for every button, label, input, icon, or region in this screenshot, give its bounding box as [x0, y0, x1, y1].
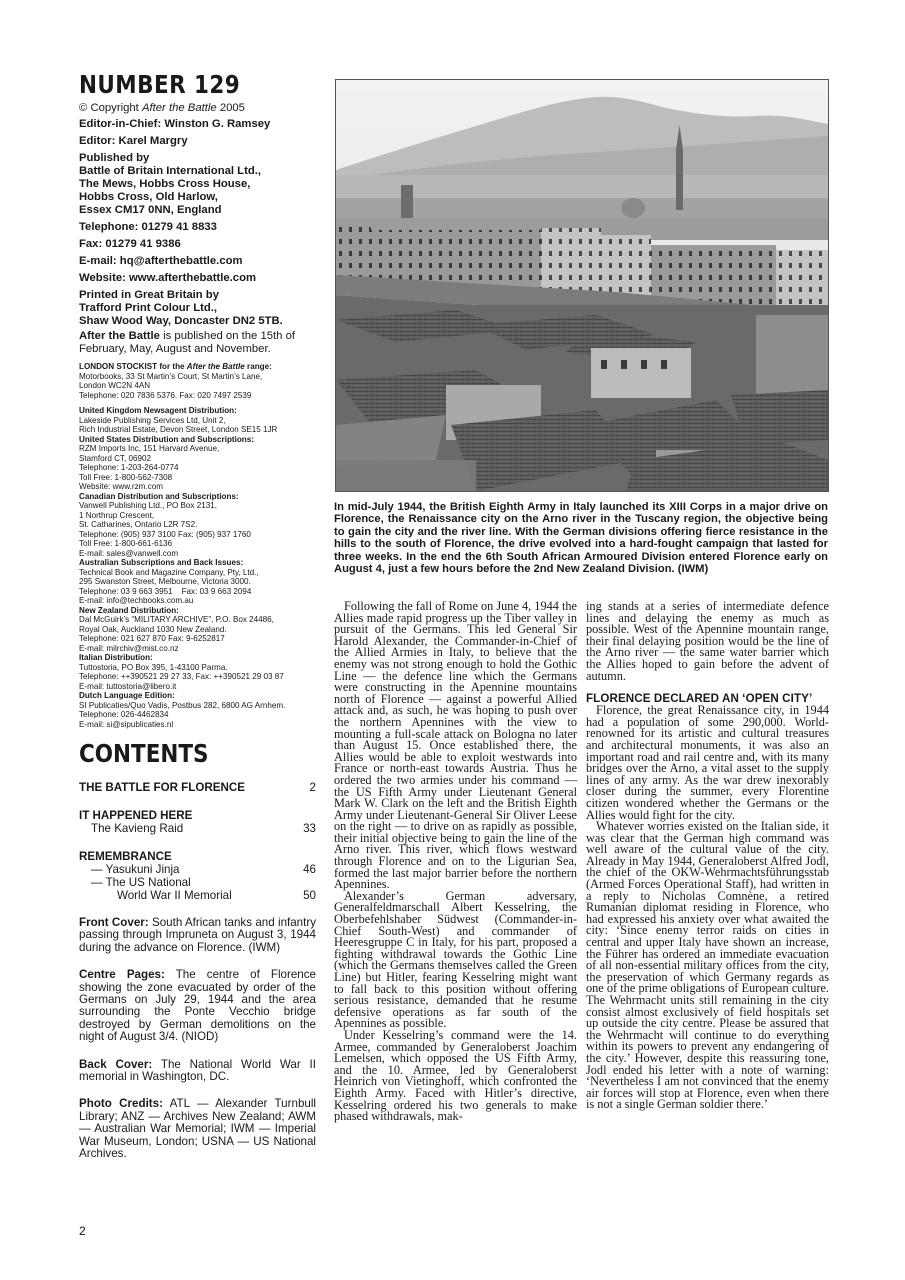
distribution-australia: Australian Subscriptions and Back Issues… — [79, 558, 316, 606]
contents-title: CONTENTS — [79, 741, 283, 767]
article-paragraph: Florence, the great Renaissance city, in… — [586, 705, 829, 821]
distribution-dutch: Dutch Language Edition: SI Publicaties/Q… — [79, 691, 316, 729]
table-of-contents: THE BATTLE FOR FLORENCE 2 IT HAPPENED HE… — [79, 781, 316, 902]
london-stockist: LONDON STOCKIST for the After the Battle… — [79, 362, 316, 400]
publisher-block: Published by Battle of Britain Internati… — [79, 152, 316, 217]
distribution-uk: United Kingdom Newsagent Distribution: L… — [79, 406, 316, 435]
toc-entry-battle-for-florence[interactable]: THE BATTLE FOR FLORENCE 2 — [79, 781, 316, 794]
publication-schedule: After the Battle is published on the 15t… — [79, 330, 316, 356]
editor-in-chief: Editor-in-Chief: Winston G. Ramsey — [79, 118, 316, 131]
toc-entry-kavieng-raid[interactable]: The Kavieng Raid 33 — [79, 822, 316, 835]
toc-entry-us-national-memorial-cont[interactable]: World War II Memorial 50 — [79, 889, 316, 902]
article-paragraph: Under Kesselring’s command were the 14. … — [334, 1030, 577, 1123]
article-paragraph: ing stands at a series of intermediate d… — [586, 601, 829, 682]
telephone: Telephone: 01279 41 8833 — [79, 221, 316, 234]
article-paragraph: Whatever worries existed on the Italian … — [586, 821, 829, 1111]
photo-credits: Photo Credits: ATL — Alexander Turnbull … — [79, 1098, 316, 1160]
cover-credits: Front Cover: South African tanks and inf… — [79, 917, 316, 1161]
photo-caption: In mid-July 1944, the British Eighth Arm… — [334, 501, 828, 575]
distribution-canada: Canadian Distribution and Subscriptions:… — [79, 492, 316, 559]
toc-section: REMEMBRANCE — Yasukuni Jinja 46 — The US… — [79, 850, 316, 902]
fax: Fax: 01279 41 9386 — [79, 238, 316, 251]
page-number: 2 — [79, 1224, 86, 1238]
toc-heading-remembrance: REMEMBRANCE — [79, 850, 316, 863]
distribution-info: LONDON STOCKIST for the After the Battle… — [79, 362, 316, 729]
toc-section: IT HAPPENED HERE The Kavieng Raid 33 — [79, 809, 316, 835]
florence-rooftops-image — [336, 80, 828, 491]
issue-number: NUMBER 129 — [79, 72, 283, 98]
article-paragraph: Alexander’s German adversary, Generalfel… — [334, 891, 577, 1030]
email-link[interactable]: E-mail: hq@afterthebattle.com — [79, 255, 316, 268]
printer-block: Printed in Great Britain by Trafford Pri… — [79, 289, 316, 328]
toc-section: THE BATTLE FOR FLORENCE 2 — [79, 781, 316, 794]
imprint-column: NUMBER 129 © Copyright After the Battle … — [79, 72, 316, 1176]
toc-heading-it-happened-here: IT HAPPENED HERE — [79, 809, 316, 822]
distribution-new-zealand: New Zealand Distribution: Dal McGuirk’s … — [79, 606, 316, 654]
copyright-line: © Copyright After the Battle 2005 — [79, 101, 316, 115]
editorial-info: © Copyright After the Battle 2005 Editor… — [79, 101, 316, 356]
front-cover-note: Front Cover: South African tanks and inf… — [79, 917, 316, 954]
toc-entry-yasukuni-jinja[interactable]: — Yasukuni Jinja 46 — [79, 863, 316, 876]
back-cover-note: Back Cover: The National World War II me… — [79, 1059, 316, 1084]
centre-pages-note: Centre Pages: The centre of Florence sho… — [79, 969, 316, 1043]
website-link[interactable]: Website: www.afterthebattle.com — [79, 272, 316, 285]
editor: Editor: Karel Margry — [79, 135, 316, 148]
toc-entry-us-national-memorial[interactable]: — The US National — [79, 876, 316, 889]
distribution-italy: Italian Distribution: Tuttostoria, PO Bo… — [79, 653, 316, 691]
article-paragraph: Following the fall of Rome on June 4, 19… — [334, 601, 577, 891]
article-column-2: ing stands at a series of intermediate d… — [586, 601, 829, 1111]
florence-photo — [335, 79, 829, 492]
distribution-us: United States Distribution and Subscript… — [79, 435, 316, 492]
article-column-1: Following the fall of Rome on June 4, 19… — [334, 601, 577, 1123]
